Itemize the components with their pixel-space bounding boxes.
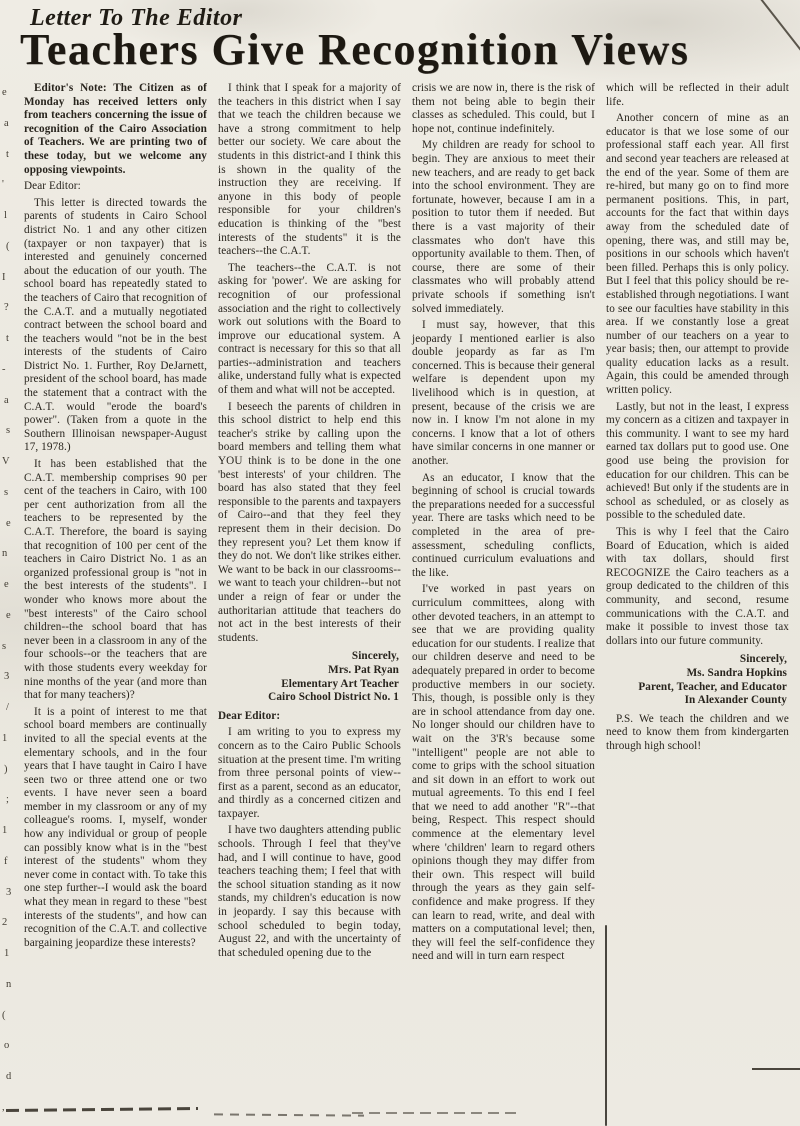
paragraph: I must say, however, that this jeopardy … — [412, 319, 595, 469]
edge-text-fragment: 1 — [2, 826, 7, 836]
newspaper-clipping: eat'l(I?t-asVsenees3/1);1f321n(od, Lette… — [0, 0, 800, 1126]
vertical-crease-mark — [605, 925, 607, 1126]
edge-text-fragment: e — [6, 611, 11, 621]
edge-text-fragment: f — [4, 857, 8, 867]
left-torn-edge: eat'l(I?t-asVsenees3/1);1f321n(od, — [0, 0, 16, 1126]
signature-block: Sincerely,Ms. Sandra HopkinsParent, Teac… — [606, 653, 787, 707]
edge-text-fragment: s — [6, 426, 10, 436]
column-1: Editor's Note: The Citizen as of Monday … — [24, 82, 207, 953]
paragraph: crisis we are now in, there is the risk … — [412, 82, 595, 136]
edge-text-fragment: e — [6, 519, 11, 529]
edge-text-fragment: t — [6, 334, 9, 344]
edge-text-fragment: ? — [4, 303, 9, 313]
signature-line: Cairo School District No. 1 — [218, 691, 399, 705]
corner-crease-mark — [748, 0, 800, 52]
headline: Teachers Give Recognition Views — [20, 24, 689, 75]
paragraph: I think that I speak for a majority of t… — [218, 82, 401, 259]
edge-text-fragment: 1 — [2, 734, 7, 744]
postscript: P.S. We teach the children and we need t… — [606, 713, 789, 754]
paragraph: It has been established that the C.A.T. … — [24, 458, 207, 703]
bottom-tear-mark — [214, 1113, 364, 1116]
column-2: I think that I speak for a majority of t… — [218, 82, 401, 963]
edge-text-fragment: 3 — [4, 672, 9, 682]
edge-text-fragment: n — [6, 980, 11, 990]
edge-text-fragment: ( — [6, 242, 10, 252]
signature-line: Elementary Art Teacher — [218, 678, 399, 692]
column-3: crisis we are now in, there is the risk … — [412, 82, 595, 967]
edge-text-fragment: d — [6, 1072, 11, 1082]
edge-text-fragment: V — [2, 457, 10, 467]
paragraph: As an educator, I know that the beginnin… — [412, 472, 595, 581]
edge-text-fragment: ' — [2, 180, 4, 190]
paragraph: This letter is directed towards the pare… — [24, 197, 207, 455]
edge-text-fragment: o — [4, 1041, 9, 1051]
edge-text-fragment: s — [4, 488, 8, 498]
paragraph: I've worked in past years on curriculum … — [412, 583, 595, 964]
column-4: which will be reflected in their adult l… — [606, 82, 789, 757]
article-columns: Editor's Note: The Citizen as of Monday … — [24, 82, 794, 967]
paragraph: Lastly, but not in the least, I express … — [606, 401, 789, 523]
edge-text-fragment: l — [4, 211, 7, 221]
paragraph: This is why I feel that the Cairo Board … — [606, 526, 789, 648]
signature-line: Ms. Sandra Hopkins — [606, 667, 787, 681]
signature-line: Sincerely, — [218, 650, 399, 664]
bottom-tear-mark — [6, 1107, 198, 1112]
edge-text-fragment: 1 — [4, 949, 9, 959]
edge-text-fragment: ( — [2, 1011, 6, 1021]
edge-text-fragment: a — [4, 119, 9, 129]
paragraph: It is a point of interest to me that sch… — [24, 706, 207, 951]
edge-text-fragment: e — [2, 88, 7, 98]
edge-text-fragment: 3 — [6, 888, 11, 898]
edge-text-fragment: ) — [4, 765, 8, 775]
signature-line: Parent, Teacher, and Educator — [606, 681, 787, 695]
bottom-tear-mark — [352, 1112, 522, 1114]
paragraph: I have two daughters attending public sc… — [218, 824, 401, 960]
salutation: Dear Editor: — [218, 710, 401, 724]
paragraph: Another concern of mine as an educator i… — [606, 112, 789, 397]
edge-text-fragment: 2 — [2, 918, 7, 928]
edge-text-fragment: - — [2, 365, 6, 375]
edge-text-fragment: s — [2, 642, 6, 652]
signature-line: Sincerely, — [606, 653, 787, 667]
edge-text-fragment: I — [2, 273, 6, 283]
paragraph: I am writing to you to express my concer… — [218, 726, 401, 821]
signature-block: Sincerely,Mrs. Pat RyanElementary Art Te… — [218, 650, 399, 704]
signature-line: Mrs. Pat Ryan — [218, 664, 399, 678]
edge-text-fragment: , — [2, 1103, 5, 1113]
editors-note: Editor's Note: The Citizen as of Monday … — [24, 82, 207, 177]
edge-text-fragment: t — [6, 150, 9, 160]
edge-text-fragment: e — [4, 580, 9, 590]
signature-line: In Alexander County — [606, 694, 787, 708]
edge-text-fragment: ; — [6, 795, 9, 805]
edge-text-fragment: / — [6, 703, 9, 713]
salutation: Dear Editor: — [24, 180, 207, 194]
paragraph: which will be reflected in their adult l… — [606, 82, 789, 109]
paragraph: My children are ready for school to begi… — [412, 139, 595, 316]
paragraph: The teachers--the C.A.T. is not asking f… — [218, 262, 401, 398]
edge-text-fragment: a — [4, 396, 9, 406]
edge-text-fragment: n — [2, 549, 7, 559]
paragraph: I beseech the parents of children in thi… — [218, 401, 401, 646]
bottom-rule-mark — [752, 1068, 800, 1070]
